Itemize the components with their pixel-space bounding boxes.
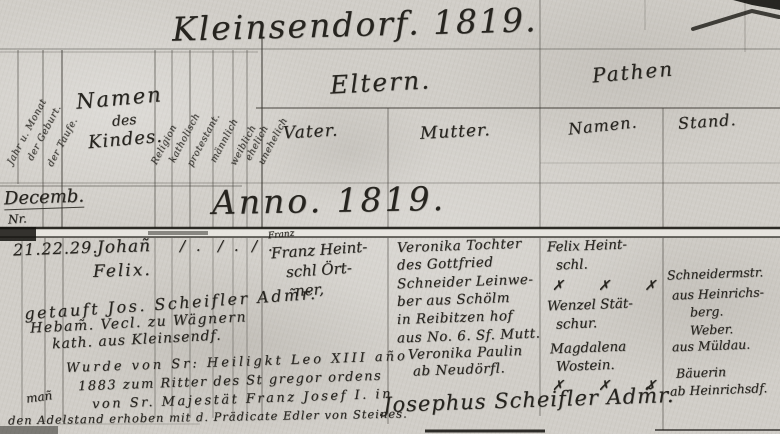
month-label: Decemb. (4, 188, 85, 211)
child-column-header-line2: des (111, 113, 137, 129)
mother-text-line: ab Neudörfl. (413, 362, 506, 379)
tick-mark: / . (180, 239, 204, 254)
godparent-cross-row: ✗ ✗ ✗ (552, 279, 666, 293)
pathen-stand-header: Stand. (678, 112, 738, 132)
mother-text-line: des Gottfried (397, 256, 494, 273)
ink-blob (148, 231, 208, 235)
pathen-header: Pathen (591, 58, 675, 85)
register-page: Kleinsendorf. 1819. Anno. 1819. Decemb. … (0, 0, 780, 434)
godparent-stand-line: aus Heinrichs- (672, 286, 764, 302)
godparent-name-line: Wostein. (556, 359, 615, 375)
godparent-stand-line: Weber. (690, 323, 734, 337)
father-name-line: schl Ört- (286, 261, 353, 281)
eltern-header: Eltern. (329, 67, 431, 97)
godparent-name-line: Felix Heint- (547, 239, 627, 255)
godparent-name-line: Magdalena (550, 341, 627, 357)
godparent-stand-line: aus Müldau. (672, 339, 751, 354)
godparent-stand-line: Bäuerin (676, 366, 727, 380)
child-name-first: Johañ (97, 238, 152, 257)
ink-smudge (733, 0, 780, 10)
godparent-stand-line: ab Heinrichsdf. (670, 382, 768, 398)
godparent-name-line: schl. (556, 258, 588, 273)
mutter-header: Mutter. (420, 122, 492, 143)
entry-no: Nr. (8, 212, 28, 225)
tick-mark: / . (218, 239, 242, 254)
godparent-stand-line: Schneidermstr. (667, 266, 764, 282)
godparent-name-line: schur. (556, 317, 598, 332)
godparent-name-line: Wenzel Stät- (547, 298, 633, 314)
record-dates: 21.22.29. (13, 240, 99, 259)
child-name-second: Felix. (93, 262, 152, 281)
godparent-cross-row: ✗ ✗ ✗ (552, 379, 666, 393)
vater-header: Vater. (283, 123, 339, 143)
ink-smudge (693, 11, 779, 29)
godparent-stand-line: berg. (690, 305, 724, 319)
seam-band (0, 229, 780, 237)
page-title: Kleinsendorf. 1819. (172, 3, 538, 46)
margin-note: mañ (25, 389, 53, 405)
anno-title: Anno. 1819. (212, 182, 447, 219)
